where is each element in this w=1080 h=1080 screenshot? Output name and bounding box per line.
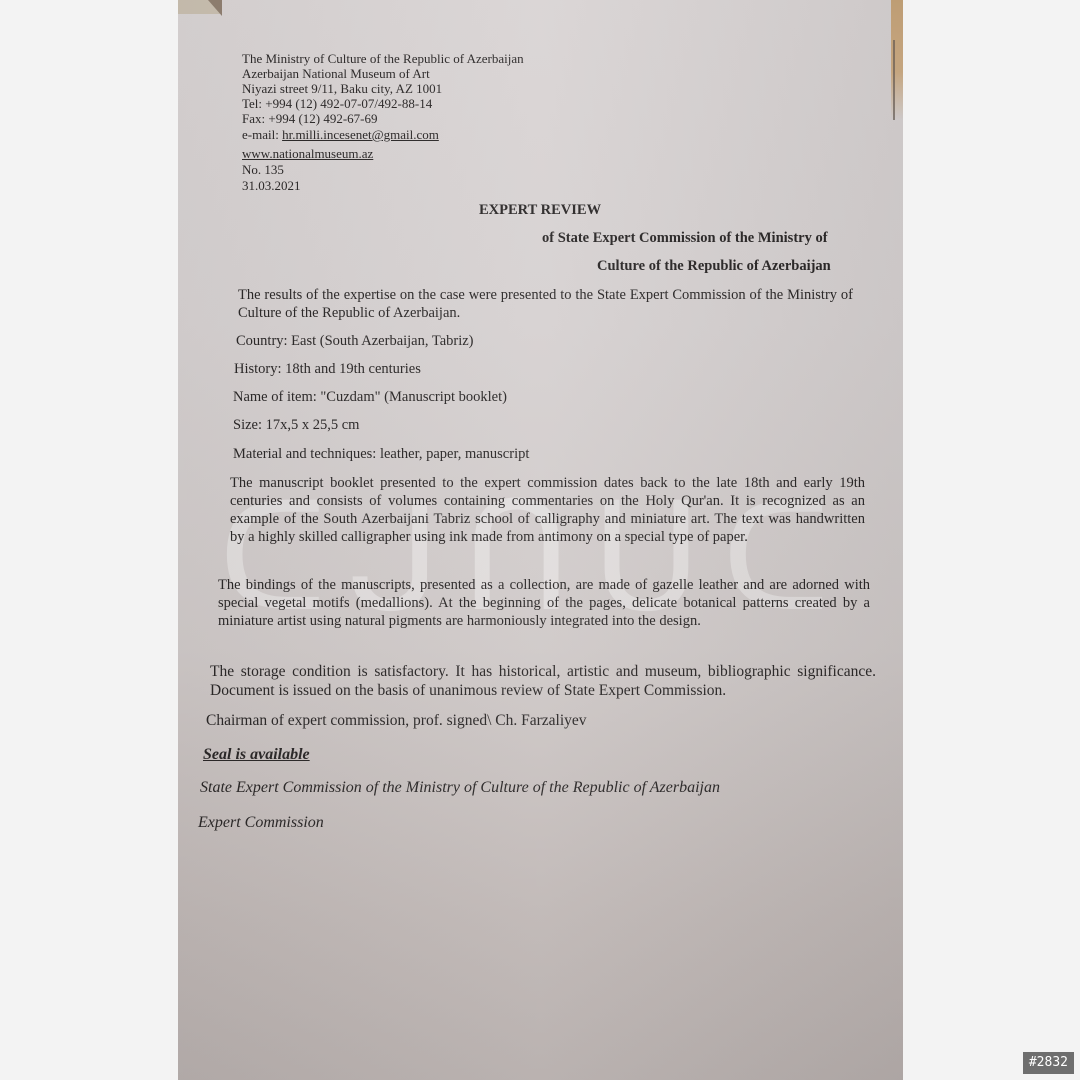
document-date: 31.03.2021 xyxy=(242,178,301,194)
bindings-paragraph: The bindings of the manuscripts, present… xyxy=(218,576,870,630)
image-id-badge: #2832 xyxy=(1023,1052,1074,1074)
email-label: e-mail: xyxy=(242,127,282,142)
footer-expert-commission: Expert Commission xyxy=(198,814,324,832)
intro-paragraph: The results of the expertise on the case… xyxy=(238,286,853,322)
storage-paragraph: The storage condition is satisfactory. I… xyxy=(210,662,876,700)
seal-note: Seal is available xyxy=(203,746,310,764)
footer-commission: State Expert Commission of the Ministry … xyxy=(200,779,720,797)
description-paragraph: The manuscript booklet presented to the … xyxy=(230,474,865,546)
letterhead-fax: Fax: +994 (12) 492-67-69 xyxy=(242,111,378,127)
letterhead-website: www.nationalmuseum.az xyxy=(242,146,373,162)
document-title: EXPERT REVIEW xyxy=(479,202,601,219)
field-country: Country: East (South Azerbaijan, Tabriz) xyxy=(236,332,474,350)
letterhead-museum: Azerbaijan National Museum of Art xyxy=(242,66,430,82)
email-link[interactable]: hr.milli.incesenet@gmail.com xyxy=(282,127,439,142)
field-name: Name of item: "Cuzdam" (Manuscript bookl… xyxy=(233,388,507,406)
field-history: History: 18th and 19th centuries xyxy=(234,360,421,378)
website-link[interactable]: www.nationalmuseum.az xyxy=(242,146,373,161)
chairman-signature: Chairman of expert commission, prof. sig… xyxy=(206,712,587,730)
field-material: Material and techniques: leather, paper,… xyxy=(233,445,529,463)
document-subtitle-2: Culture of the Republic of Azerbaijan xyxy=(597,258,831,275)
document-photo: The Ministry of Culture of the Republic … xyxy=(178,0,903,1080)
document-number: No. 135 xyxy=(242,162,284,178)
paper-edge-line xyxy=(893,40,895,120)
field-size: Size: 17x,5 x 25,5 cm xyxy=(233,416,359,434)
letterhead-email-row: e-mail: hr.milli.incesenet@gmail.com xyxy=(242,127,439,143)
letterhead-ministry: The Ministry of Culture of the Republic … xyxy=(242,51,524,67)
document-subtitle-1: of State Expert Commission of the Minist… xyxy=(542,230,828,247)
letterhead-address: Niyazi street 9/11, Baku city, AZ 1001 xyxy=(242,81,442,97)
letterhead-tel: Tel: +994 (12) 492-07-07/492-88-14 xyxy=(242,96,432,112)
